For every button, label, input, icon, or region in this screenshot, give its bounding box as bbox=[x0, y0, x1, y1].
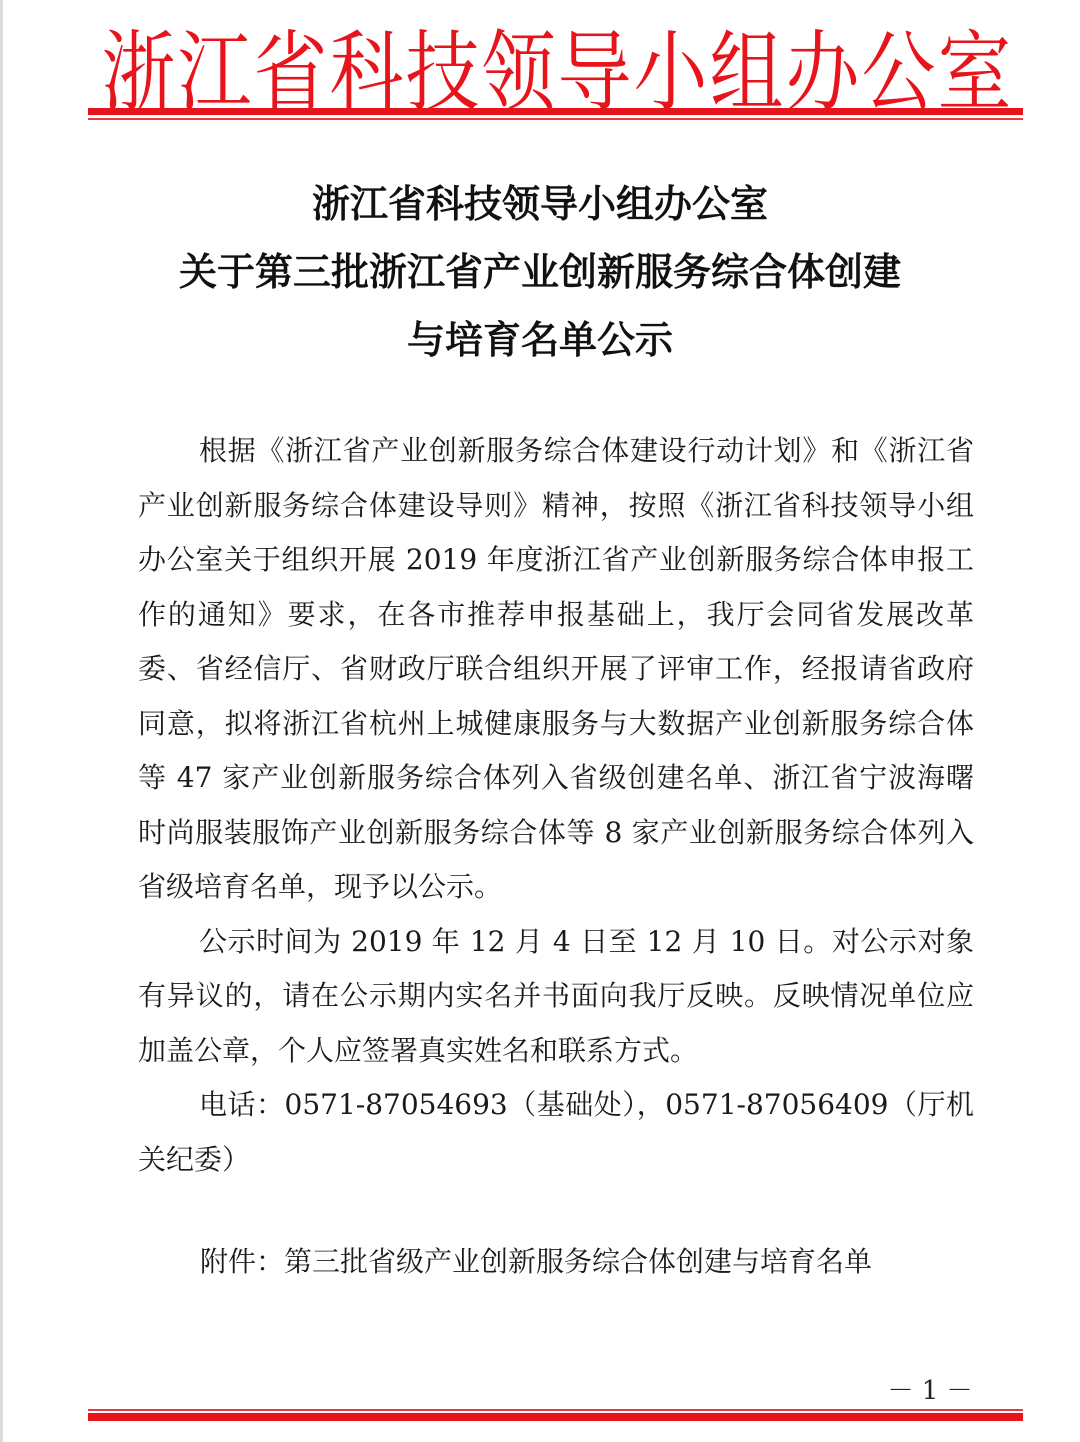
body-paragraph-public-notice-period: 公示时间为 2019 年 12 月 4 日至 12 月 10 日。对公示对象有异… bbox=[138, 915, 974, 1079]
page-edge bbox=[0, 0, 3, 1442]
letterhead-red-rule-thin bbox=[88, 118, 1023, 120]
footer-red-rule-thick bbox=[88, 1413, 1023, 1421]
attachment-label: 附件：第三批省级产业创新服务综合体创建与培育名单 bbox=[200, 1235, 872, 1289]
document-body: 根据《浙江省产业创新服务综合体建设行动计划》和《浙江省产业创新服务综合体建设导则… bbox=[138, 424, 974, 1187]
document-title-line-2: 关于第三批浙江省产业创新服务综合体创建 bbox=[100, 238, 980, 306]
document-title: 浙江省科技领导小组办公室 关于第三批浙江省产业创新服务综合体创建 与培育名单公示 bbox=[100, 170, 980, 374]
letterhead-red-rule-thick bbox=[88, 108, 1023, 115]
footer-red-rule-thin bbox=[88, 1409, 1023, 1411]
document-title-line-3: 与培育名单公示 bbox=[100, 306, 980, 374]
body-paragraph-announcement: 根据《浙江省产业创新服务综合体建设行动计划》和《浙江省产业创新服务综合体建设导则… bbox=[138, 424, 974, 915]
page-number: － 1 － bbox=[880, 1370, 980, 1407]
document-title-line-1: 浙江省科技领导小组办公室 bbox=[100, 170, 980, 238]
body-paragraph-contact-phone: 电话：0571-87054693（基础处），0571-87056409（厅机关纪… bbox=[138, 1078, 974, 1187]
